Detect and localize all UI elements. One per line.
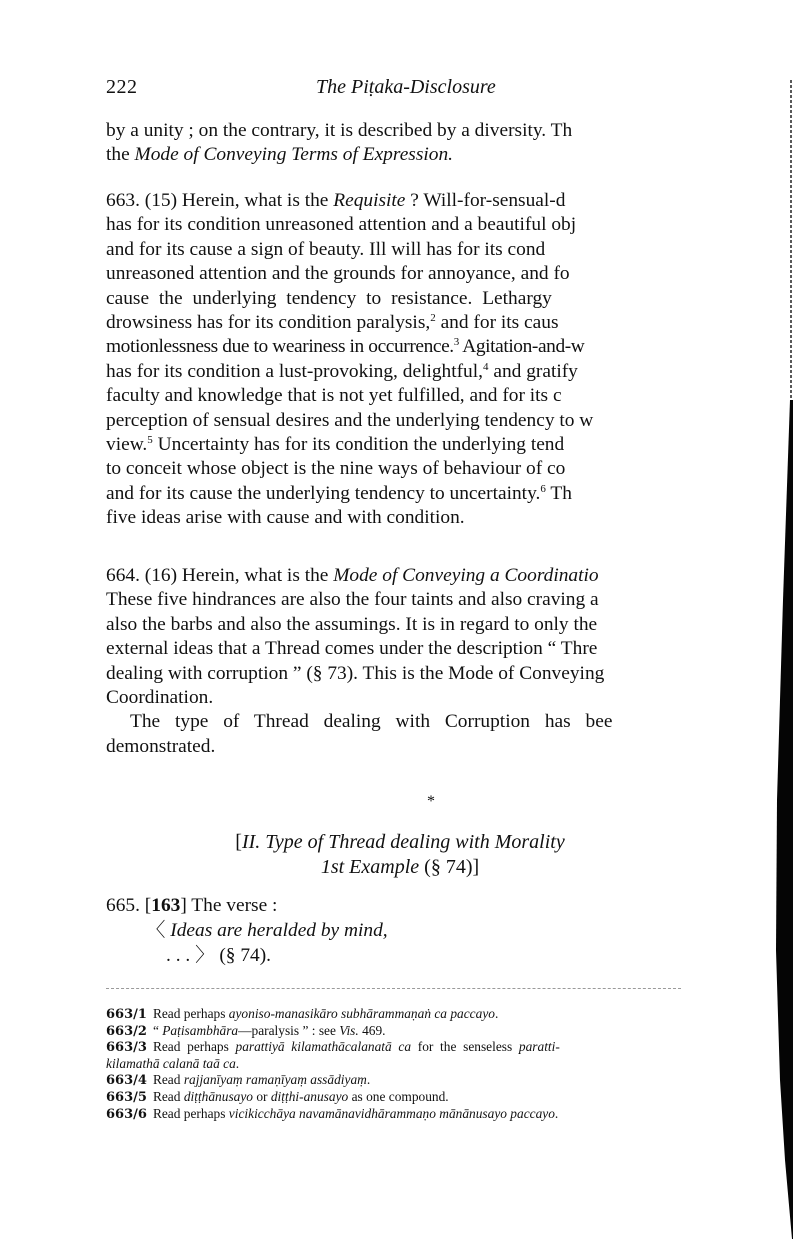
footnote: 663/4Read rajjanīyaṃ ramaṇīyaṃ assādiyaṃ… xyxy=(106,1072,706,1089)
running-title: The Piṭaka-Disclosure xyxy=(316,76,496,99)
text-fragment: as one compound. xyxy=(348,1089,448,1104)
pali-term: parattiyā kilamathācalanatā ca xyxy=(236,1039,412,1054)
footnote: 663/3Read perhaps parattiyā kilamathācal… xyxy=(106,1039,706,1056)
text-line: view.5 Uncertainty has for its condition… xyxy=(106,433,706,457)
text-fragment: and for its cause the underlying tendenc… xyxy=(106,483,540,504)
text-line: five ideas arise with cause and with con… xyxy=(106,506,706,530)
text-line: drowsiness has for its condition paralys… xyxy=(106,311,706,335)
verse-line: 〈 Ideas are heralded by mind, xyxy=(106,918,388,943)
heading-text: II. Type of Thread dealing with Morality xyxy=(242,831,565,853)
text-line: 663. (15) Herein, what is the Requisite … xyxy=(106,189,706,213)
paragraph-663: 663. (15) Herein, what is the Requisite … xyxy=(106,189,706,530)
text-fragment: Agitation-and-w xyxy=(459,336,585,357)
running-head: 222 The Piṭaka-Disclosure xyxy=(106,76,686,102)
text-fragment: Read perhaps xyxy=(153,1106,229,1121)
text-fragment: Read perhaps xyxy=(153,1006,229,1021)
text-fragment: and gratify xyxy=(489,361,578,382)
text-line: unreasoned attention and the grounds for… xyxy=(106,262,706,286)
footnote-number: 663/4 xyxy=(106,1073,147,1088)
footnote-number: 663/5 xyxy=(106,1090,147,1105)
footnote-continuation: kilamathā calanā taā ca. xyxy=(106,1056,706,1073)
text-line: by a unity ; on the contrary, it is desc… xyxy=(106,119,706,143)
text-line: also the barbs and also the assumings. I… xyxy=(106,613,706,637)
text-fragment: —paralysis ” : see xyxy=(238,1023,339,1038)
italic-term: Mode of Conveying a Coordinatio xyxy=(333,565,598,586)
text-line: These five hindrances are also the four … xyxy=(106,588,706,612)
text-fragment: drowsiness has for its condition paralys… xyxy=(106,312,430,333)
footnote-number: 663/2 xyxy=(106,1024,147,1039)
text-fragment: Th xyxy=(546,483,572,504)
section-ref: (§ 74)] xyxy=(424,856,479,878)
italic-term: Requisite xyxy=(333,190,405,211)
text-fragment: 469. xyxy=(359,1023,386,1038)
pali-term: paratti- xyxy=(519,1039,560,1054)
text-line: the Mode of Conveying Terms of Expressio… xyxy=(106,143,706,167)
text-line: 664. (16) Herein, what is the Mode of Co… xyxy=(106,564,706,588)
text-fragment: for the senseless xyxy=(411,1039,519,1054)
footnote: 663/5Read diṭṭhānusayo or diṭṭhi-anusayo… xyxy=(106,1089,706,1106)
text-fragment: “ xyxy=(153,1023,162,1038)
text-line: has for its condition unreasoned attenti… xyxy=(106,213,706,237)
text-line: to conceit whose object is the nine ways… xyxy=(106,457,706,481)
text-line: 665. [163] The verse : xyxy=(106,893,388,918)
paragraph-number: 665. [ xyxy=(106,895,151,916)
verse-text: Ideas are heralded by mind, xyxy=(170,920,387,941)
section-heading: [II. Type of Thread dealing with Moralit… xyxy=(100,830,700,880)
pali-term: Paṭisambhāra xyxy=(162,1023,238,1038)
text-fragment: Uncertainty has for its condition the un… xyxy=(153,434,564,455)
section-separator-asterisk: * xyxy=(427,793,435,811)
text-line: The type of Thread dealing with Corrupti… xyxy=(106,710,706,734)
text-fragment: ? Will-for-sensual-d xyxy=(405,190,565,211)
text-fragment: or xyxy=(253,1089,271,1104)
page-ref-bold: 163 xyxy=(151,895,180,916)
footnote-number: 663/3 xyxy=(106,1040,147,1055)
text-fragment: the xyxy=(106,144,135,165)
paragraph-665: 665. [163] The verse : 〈 Ideas are heral… xyxy=(106,893,388,968)
page-number: 222 xyxy=(106,76,138,99)
pali-term: rajjanīyaṃ ramaṇīyaṃ assādiyaṃ xyxy=(184,1072,367,1087)
text-line: dealing with corruption ” (§ 73). This i… xyxy=(106,662,706,686)
paragraph-number-lead: 663. (15) Herein, what is the xyxy=(106,190,333,211)
text-line: and for its cause a sign of beauty. Ill … xyxy=(106,238,706,262)
text-line: perception of sensual desires and the un… xyxy=(106,409,706,433)
text-line: and for its cause the underlying tendenc… xyxy=(106,482,706,506)
text-fragment: ] The verse : xyxy=(180,895,277,916)
footnote-separator xyxy=(106,988,681,989)
text-fragment: Read perhaps xyxy=(153,1039,236,1054)
text-fragment: . xyxy=(555,1106,558,1121)
footnote: 663/1Read perhaps ayoniso-manasikāro sub… xyxy=(106,1006,706,1023)
text-line: has for its condition a lust-provoking, … xyxy=(106,360,706,384)
scanned-book-page: 222 The Piṭaka-Disclosure by a unity ; o… xyxy=(0,0,793,1239)
footnote-number: 663/6 xyxy=(106,1107,147,1122)
pali-term: diṭṭhi-anusayo xyxy=(271,1089,348,1104)
text-fragment: . xyxy=(236,1056,239,1071)
text-line: demonstrated. xyxy=(106,735,706,759)
text-fragment: . xyxy=(367,1072,370,1087)
angle-bracket: 〈 xyxy=(146,920,170,941)
paragraph-number-lead: 664. (16) Herein, what is the xyxy=(106,565,333,586)
text-fragment: motionlessness due to weariness in occur… xyxy=(106,336,454,357)
pali-term: ayoniso-manasikāro subhārammaṇaṅ ca pacc… xyxy=(229,1006,495,1021)
text-fragment: Read xyxy=(153,1072,184,1087)
heading-line: [II. Type of Thread dealing with Moralit… xyxy=(100,830,700,855)
intro-paragraph: by a unity ; on the contrary, it is desc… xyxy=(106,119,706,168)
pali-term: kilamathā calanā taā ca xyxy=(106,1056,236,1071)
italic-term: Mode of Conveying Terms of Expression. xyxy=(135,144,453,165)
pali-term: diṭṭhānusayo xyxy=(184,1089,253,1104)
text-line: Coordination. xyxy=(106,686,706,710)
work-abbrev: Vis. xyxy=(339,1023,358,1038)
text-fragment: view. xyxy=(106,434,147,455)
text-fragment: Read xyxy=(153,1089,184,1104)
text-line: motionlessness due to weariness in occur… xyxy=(106,335,706,359)
text-fragment: has for its condition a lust-provoking, … xyxy=(106,361,483,382)
verse-line: . . . 〉 (§ 74). xyxy=(106,943,388,968)
text-line: cause the underlying tendency to resista… xyxy=(106,287,706,311)
text-fragment: and for its caus xyxy=(436,312,559,333)
footnotes: 663/1Read perhaps ayoniso-manasikāro sub… xyxy=(106,1006,706,1122)
footnote: 663/2“ Paṭisambhāra—paralysis ” : see Vi… xyxy=(106,1023,706,1040)
text-line: external ideas that a Thread comes under… xyxy=(106,637,706,661)
bracket: [ xyxy=(235,831,242,853)
text-line: faculty and knowledge that is not yet fu… xyxy=(106,384,706,408)
text-fragment: . xyxy=(495,1006,498,1021)
footnote-number: 663/1 xyxy=(106,1007,147,1022)
pali-term: vicikicchāya navamānavidhārammaṇo mānānu… xyxy=(229,1106,555,1121)
paragraph-664: 664. (16) Herein, what is the Mode of Co… xyxy=(106,564,706,759)
heading-text: 1st Example xyxy=(321,856,424,878)
heading-line: 1st Example (§ 74)] xyxy=(100,855,700,880)
footnote: 663/6Read perhaps vicikicchāya navamānav… xyxy=(106,1106,706,1123)
